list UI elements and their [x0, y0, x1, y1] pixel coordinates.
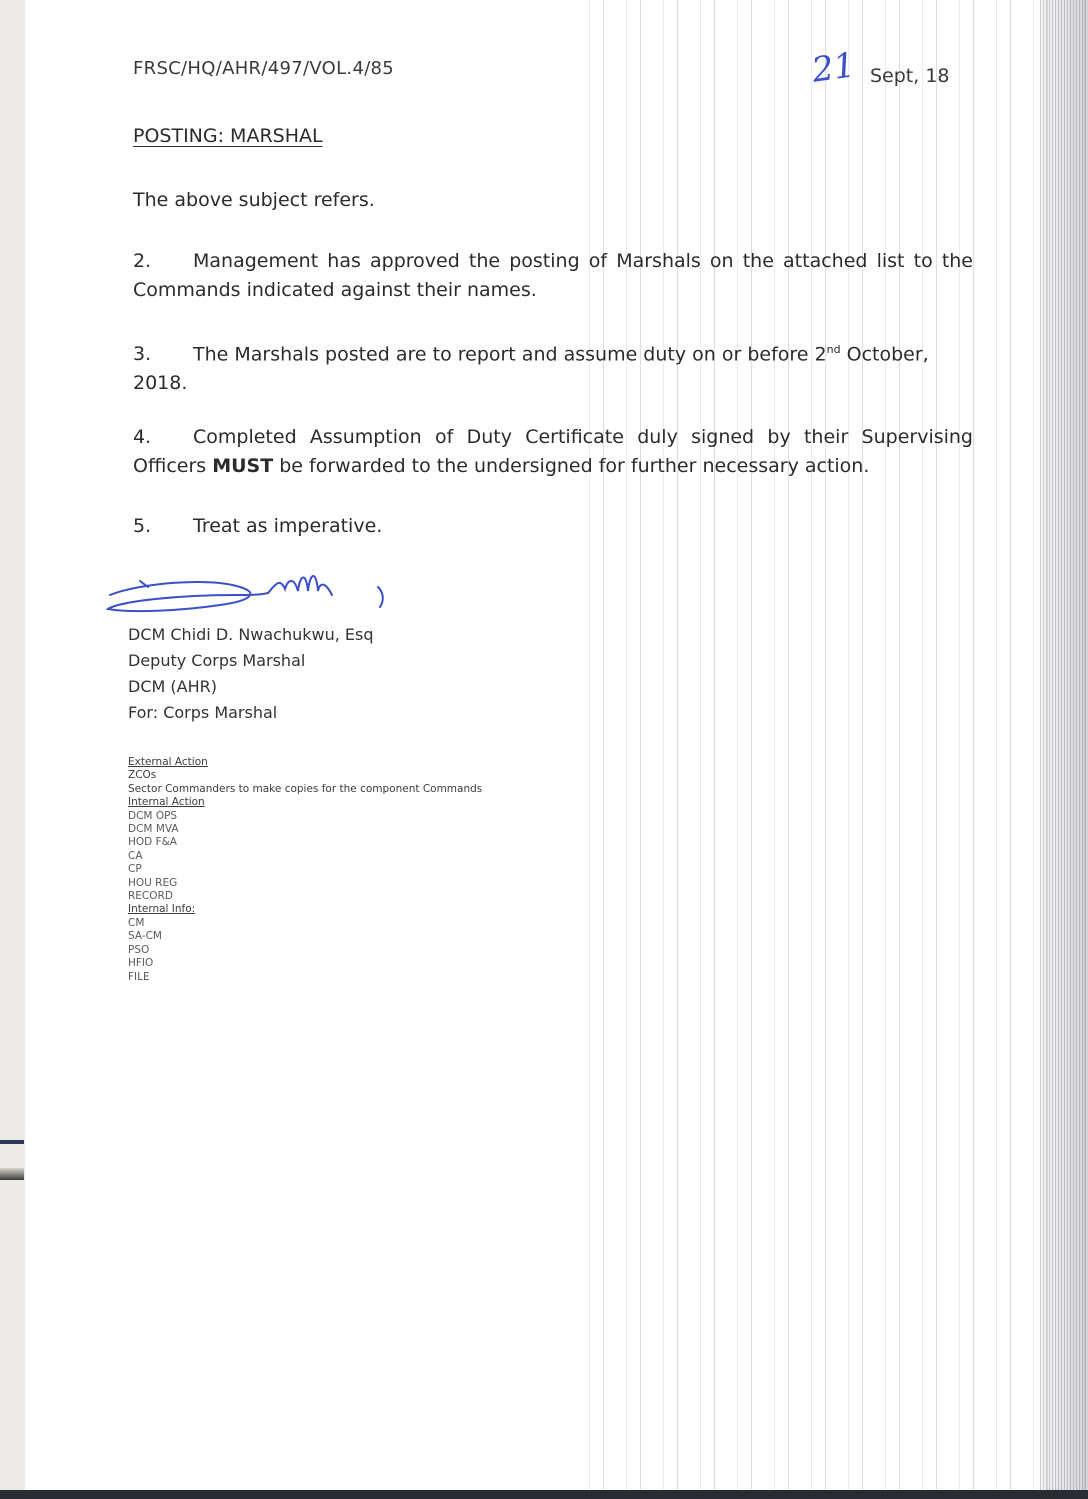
paragraph-2: 2.Management has approved the posting of… — [133, 247, 973, 305]
distribution-list: External Action ZCOs Sector Commanders t… — [128, 756, 482, 984]
distribution-item: RECORD — [128, 890, 482, 903]
paragraph-number: 2. — [133, 247, 193, 276]
distribution-item: FILE — [128, 971, 482, 984]
scan-noise-edge — [1040, 0, 1088, 1490]
distribution-item: PSO — [128, 944, 482, 957]
scan-noise — [580, 0, 1088, 1490]
paragraph-number: 5. — [133, 512, 193, 541]
external-action-heading: External Action — [128, 756, 482, 769]
emphasis-must: MUST — [212, 455, 273, 477]
distribution-item: ZCOs — [128, 769, 482, 782]
distribution-item: SA-CM — [128, 930, 482, 943]
signatory-department: DCM (AHR) — [128, 674, 374, 700]
paragraph-4: 4.Completed Assumption of Duty Certifica… — [133, 423, 973, 481]
internal-action-heading: Internal Action — [128, 796, 482, 809]
signatory-title: Deputy Corps Marshal — [128, 648, 374, 674]
distribution-item: DCM MVA — [128, 823, 482, 836]
distribution-item: CM — [128, 917, 482, 930]
reference-number: FRSC/HQ/AHR/497/VOL.4/85 — [133, 58, 394, 79]
paragraph-text: The Marshals posted are to report and as… — [193, 343, 827, 365]
paragraph-5: 5.Treat as imperative. — [133, 512, 382, 541]
distribution-item: CA — [128, 850, 482, 863]
signature-scribble-icon — [100, 565, 400, 625]
paragraph-text: Treat as imperative. — [193, 515, 382, 537]
paragraph-number: 4. — [133, 423, 193, 452]
paragraph-3: 3.The Marshals posted are to report and … — [133, 335, 973, 398]
distribution-item: DCM OPS — [128, 810, 482, 823]
paragraph-1: The above subject refers. — [133, 186, 375, 215]
signature-block: DCM Chidi D. Nwachukwu, Esq Deputy Corps… — [128, 622, 374, 726]
ordinal-suffix: nd — [827, 343, 841, 356]
internal-info-heading: Internal Info: — [128, 903, 482, 916]
scan-artifact — [0, 1168, 24, 1180]
paragraph-text-cont: be forwarded to the undersigned for furt… — [273, 455, 869, 477]
distribution-item: HFIO — [128, 957, 482, 970]
signatory-on-behalf: For: Corps Marshal — [128, 700, 374, 726]
paragraph-text: The above subject refers. — [133, 189, 375, 211]
distribution-item: CP — [128, 863, 482, 876]
document-date: Sept, 18 — [870, 65, 950, 87]
scan-bottom-edge — [0, 1490, 1088, 1499]
subject-heading: POSTING: MARSHAL — [133, 125, 323, 147]
handwritten-day: 21 — [809, 45, 857, 91]
distribution-item: Sector Commanders to make copies for the… — [128, 783, 482, 796]
signatory-name: DCM Chidi D. Nwachukwu, Esq — [128, 622, 374, 648]
paragraph-text: Management has approved the posting of M… — [133, 250, 973, 301]
scan-margin — [0, 0, 25, 1499]
paragraph-number: 3. — [133, 340, 193, 369]
scan-artifact — [0, 1140, 24, 1144]
distribution-item: HOU REG — [128, 877, 482, 890]
distribution-item: HOD F&A — [128, 836, 482, 849]
